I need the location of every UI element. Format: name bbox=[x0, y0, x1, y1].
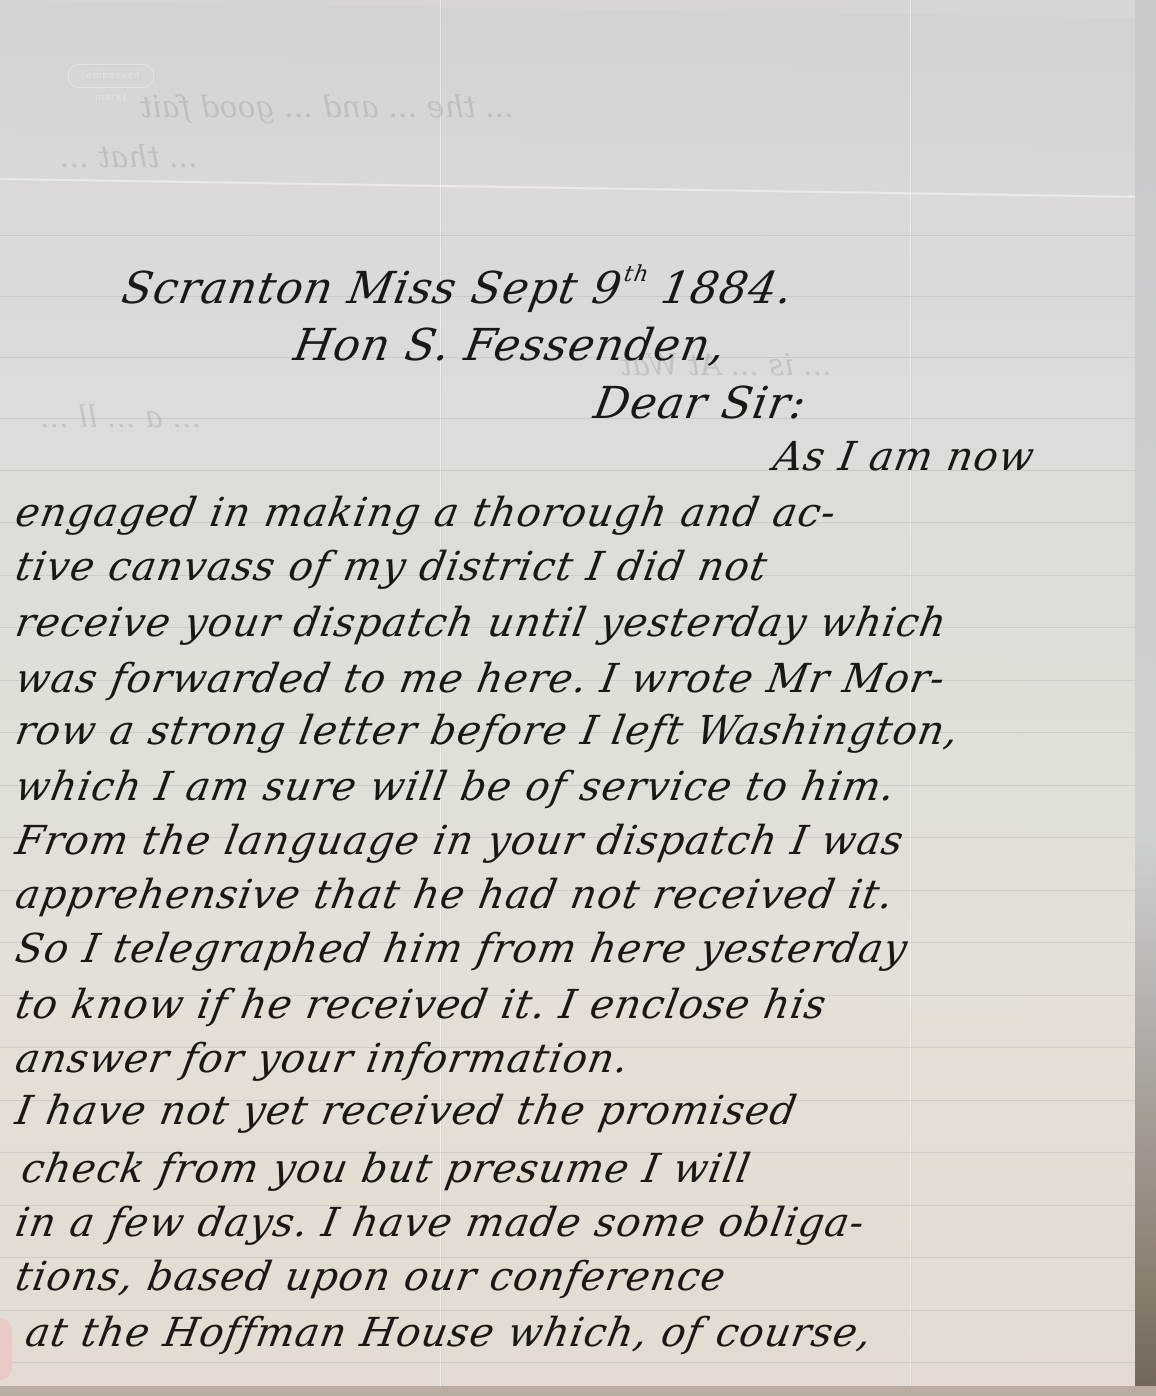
body-line: which I am sure will be of service to hi… bbox=[12, 764, 899, 810]
table-surface bbox=[0, 1386, 1156, 1396]
place-date-text: Scranton Miss Sept 9 bbox=[118, 263, 626, 314]
bleed-through-text: ... that ... bbox=[60, 140, 198, 175]
body-line: From the language in your dispatch I was bbox=[12, 818, 908, 864]
body-line: tive canvass of my district I did not bbox=[12, 544, 771, 590]
body-line: As I am now bbox=[770, 434, 1038, 480]
body-line: apprehensive that he had not received it… bbox=[12, 872, 897, 918]
body-line: I have not yet received the promised bbox=[12, 1088, 801, 1134]
body-line: at the Hoffman House which, of course, bbox=[22, 1310, 876, 1356]
background-edge bbox=[1135, 0, 1156, 1396]
fingertip-holding-page bbox=[0, 1318, 12, 1380]
addressee: Hon S. Fessenden, bbox=[290, 320, 730, 371]
ruled-line bbox=[0, 235, 1135, 236]
body-line: receive your dispatch until yesterday wh… bbox=[12, 600, 951, 646]
body-line: engaged in making a thorough and ac- bbox=[12, 490, 840, 536]
body-line: was forwarded to me here. I wrote Mr Mor… bbox=[12, 656, 949, 702]
body-line: in a few days. I have made some obliga- bbox=[12, 1200, 868, 1246]
body-line: tions, based upon our conference bbox=[12, 1254, 730, 1300]
place-and-date: Scranton Miss Sept 9th 1884. bbox=[118, 262, 797, 314]
body-line: check from you but presume I will bbox=[18, 1146, 754, 1192]
year-text: 1884. bbox=[657, 263, 797, 314]
body-line: row a strong letter before I left Washin… bbox=[12, 708, 963, 754]
embossed-stamp: [embossed mark] bbox=[68, 64, 154, 88]
ruled-line bbox=[0, 1362, 1135, 1363]
bleed-through-text: ... a ... ll ... bbox=[40, 400, 201, 435]
body-line: answer for your information. bbox=[12, 1036, 633, 1082]
body-line: So I telegraphed him from here yesterday bbox=[12, 926, 911, 972]
letter-page: [embossed mark] ... the ... and ... good… bbox=[0, 0, 1135, 1386]
date-ordinal-suffix: th bbox=[622, 262, 651, 287]
body-line: to know if he received it. I enclose his bbox=[12, 982, 830, 1028]
salutation: Dear Sir: bbox=[590, 378, 811, 429]
bleed-through-text: ... the ... and ... good fait bbox=[140, 90, 514, 125]
